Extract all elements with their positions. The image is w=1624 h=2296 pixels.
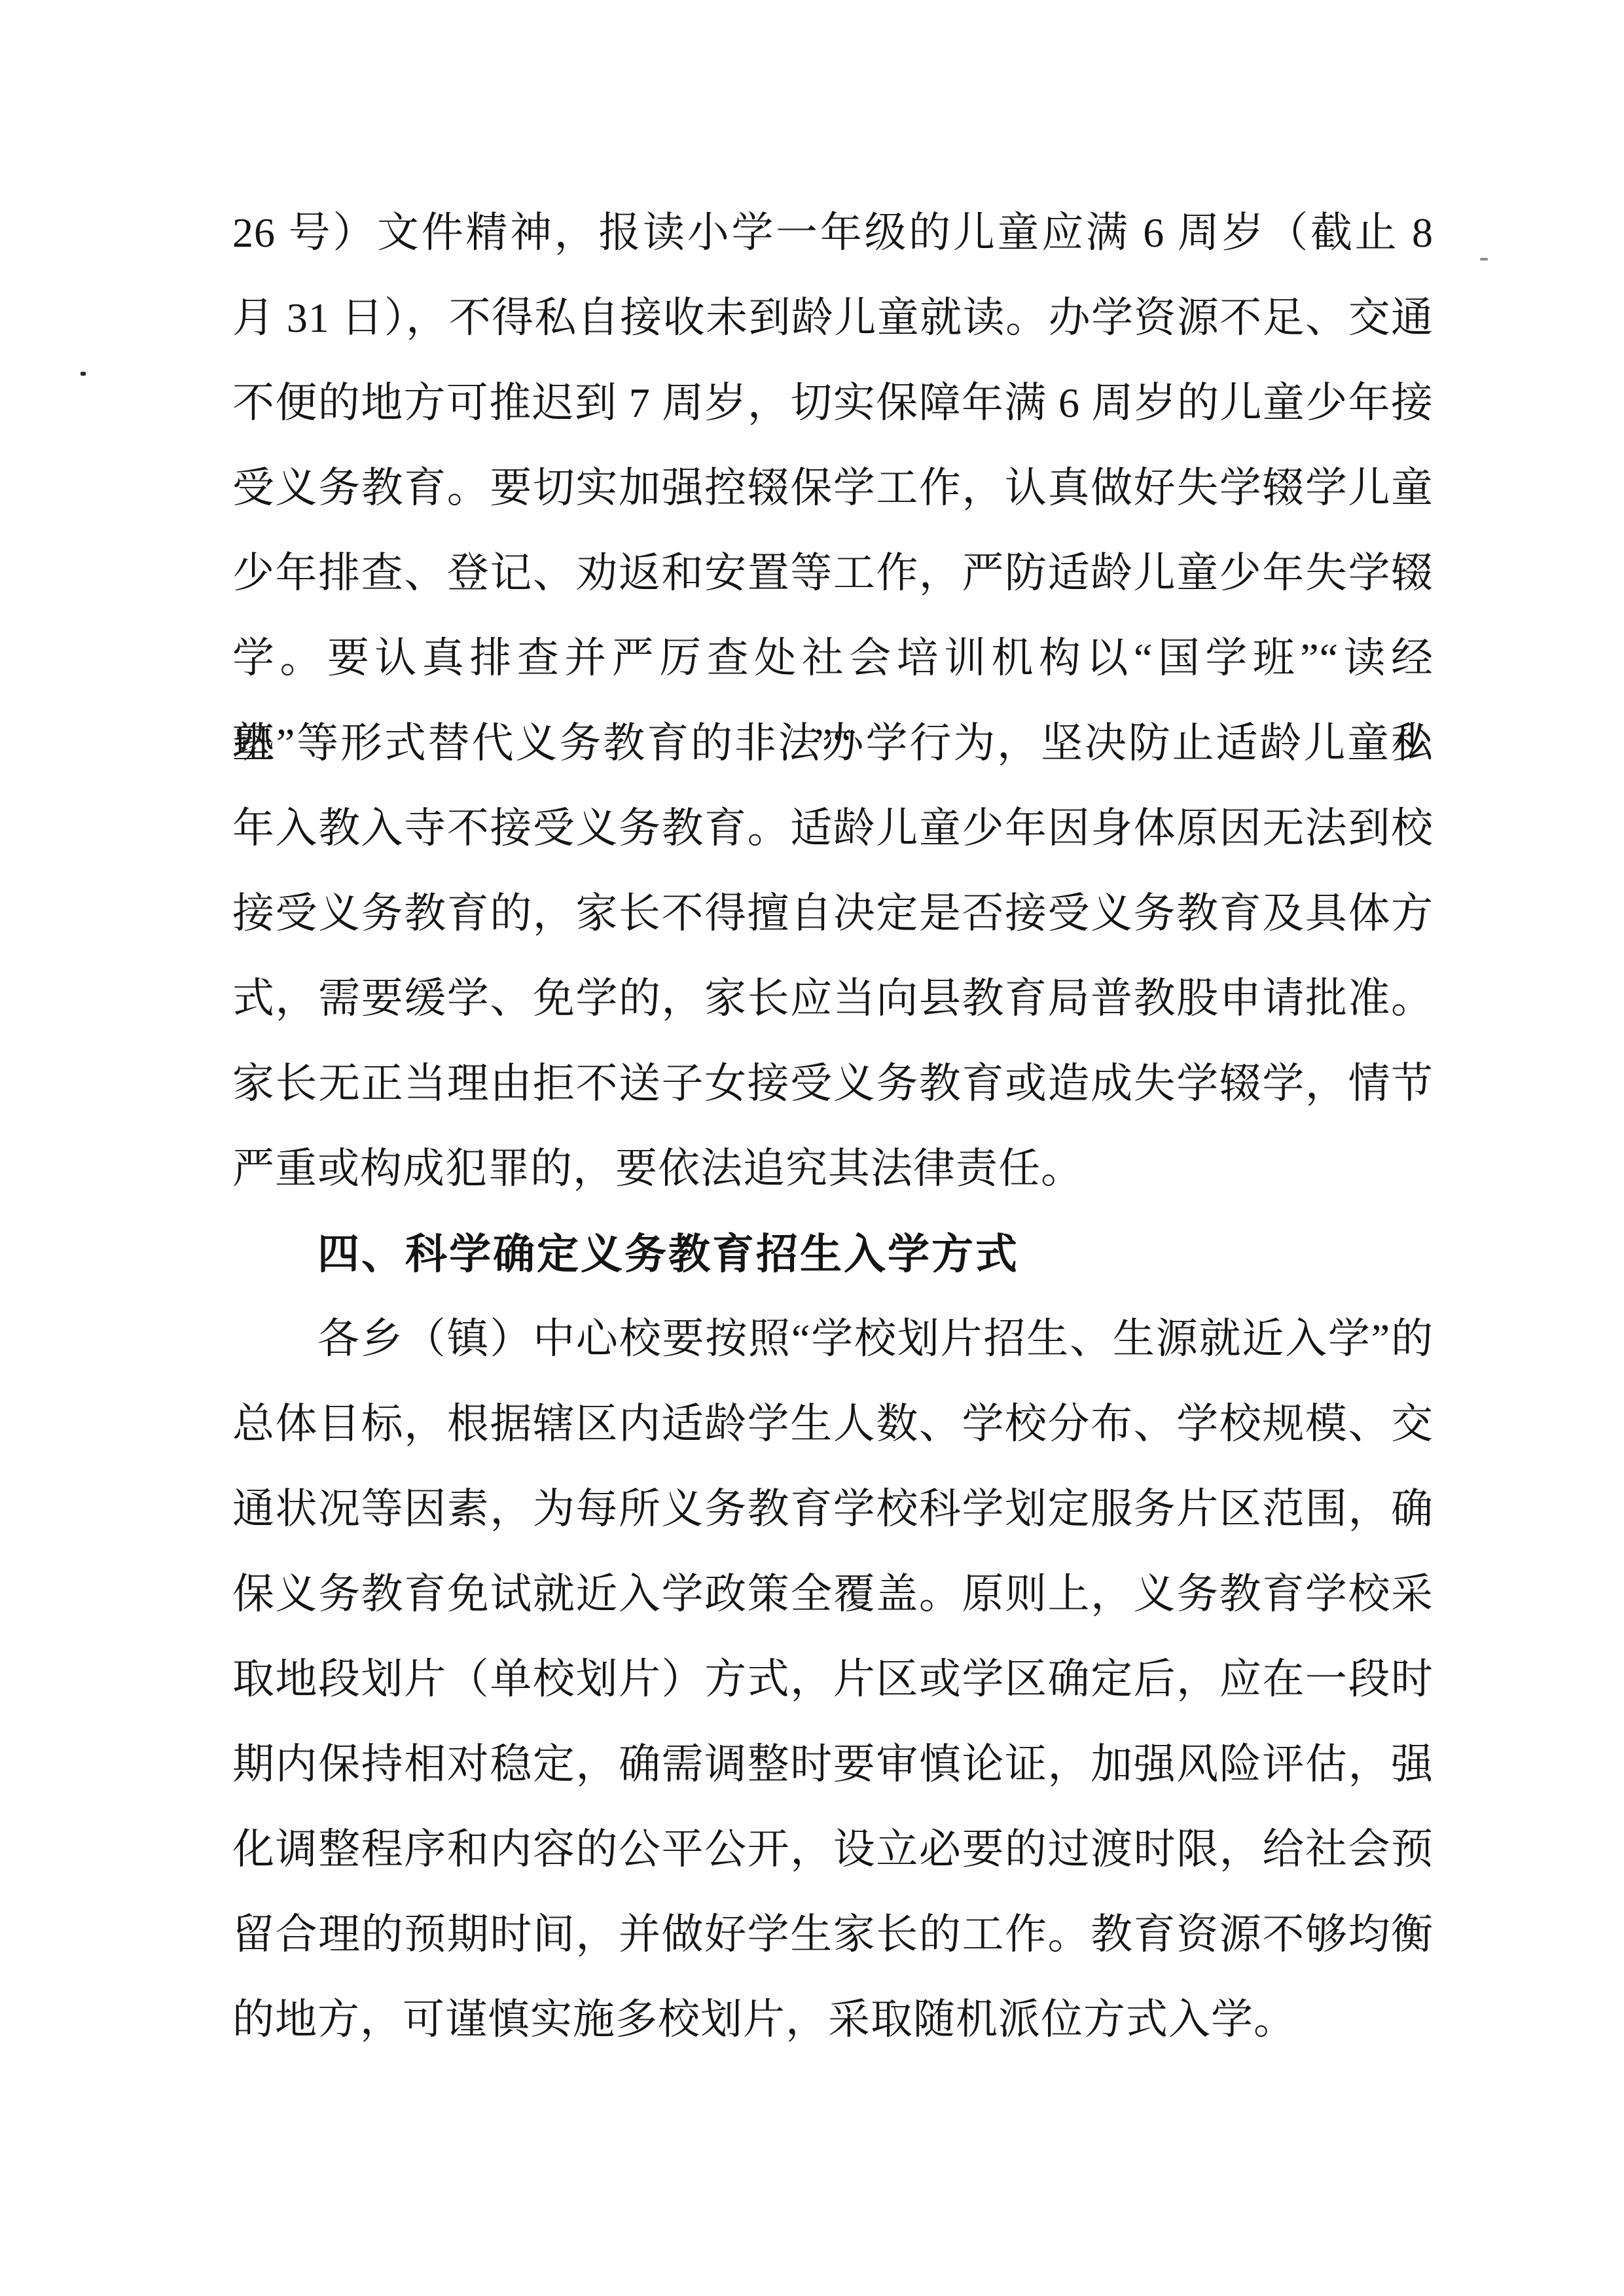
text-line-paragraph-start: 各乡（镇）中心校要按照“学校划片招生、生源就近入学”的 <box>232 1297 1434 1382</box>
text-line: 学。要认真排查并严厉查处社会培训机构以“国学班”“读经班”“私 <box>232 616 1434 701</box>
text-line: 留合理的预期时间，并做好学生家长的工作。教育资源不够均衡 <box>232 1892 1434 1977</box>
text-line: 式，需要缓学、免学的，家长应当向县教育局普教股申请批准。 <box>232 956 1434 1041</box>
text-line-paragraph-end: 的地方，可谨慎实施多校划片，采取随机派位方式入学。 <box>232 1977 1434 2062</box>
text-line: 26 号）文件精神，报读小学一年级的儿童应满 6 周岁（截止 8 <box>232 190 1434 276</box>
text-line: 受义务教育。要切实加强控辍保学工作，认真做好失学辍学儿童 <box>232 446 1434 531</box>
text-line: 少年排查、登记、劝返和安置等工作，严防适龄儿童少年失学辍 <box>232 531 1434 616</box>
text-line: 家长无正当理由拒不送子女接受义务教育或造成失学辍学，情节 <box>232 1041 1434 1126</box>
scan-artifact-dash <box>1480 258 1488 260</box>
scan-artifact-dot <box>81 372 86 376</box>
text-line: 塾”等形式替代义务教育的非法办学行为，坚决防止适龄儿童少 <box>232 701 1434 786</box>
text-line: 通状况等因素，为每所义务教育学校科学划定服务片区范围，确 <box>232 1467 1434 1552</box>
text-line-paragraph-end: 严重或构成犯罪的，要依法追究其法律责任。 <box>232 1126 1434 1211</box>
text-line: 不便的地方可推迟到 7 周岁，切实保障年满 6 周岁的儿童少年接 <box>232 361 1434 446</box>
document-page: 26 号）文件精神，报读小学一年级的儿童应满 6 周岁（截止 8 月 31 日）… <box>0 0 1624 2296</box>
document-text-block: 26 号）文件精神，报读小学一年级的儿童应满 6 周岁（截止 8 月 31 日）… <box>232 190 1434 2062</box>
text-line: 期内保持相对稳定，确需调整时要审慎论证，加强风险评估，强 <box>232 1722 1434 1807</box>
text-line: 月 31 日），不得私自接收未到龄儿童就读。办学资源不足、交通 <box>232 276 1434 361</box>
text-line: 取地段划片（单校划片）方式，片区或学区确定后，应在一段时 <box>232 1637 1434 1722</box>
text-line: 总体目标，根据辖区内适龄学生人数、学校分布、学校规模、交 <box>232 1382 1434 1467</box>
text-line: 年入教入寺不接受义务教育。适龄儿童少年因身体原因无法到校 <box>232 786 1434 871</box>
section-heading: 四、科学确定义务教育招生入学方式 <box>232 1211 1434 1297</box>
text-line: 接受义务教育的，家长不得擅自决定是否接受义务教育及具体方 <box>232 871 1434 956</box>
text-line: 保义务教育免试就近入学政策全覆盖。原则上，义务教育学校采 <box>232 1552 1434 1637</box>
text-line: 化调整程序和内容的公平公开，设立必要的过渡时限，给社会预 <box>232 1807 1434 1892</box>
